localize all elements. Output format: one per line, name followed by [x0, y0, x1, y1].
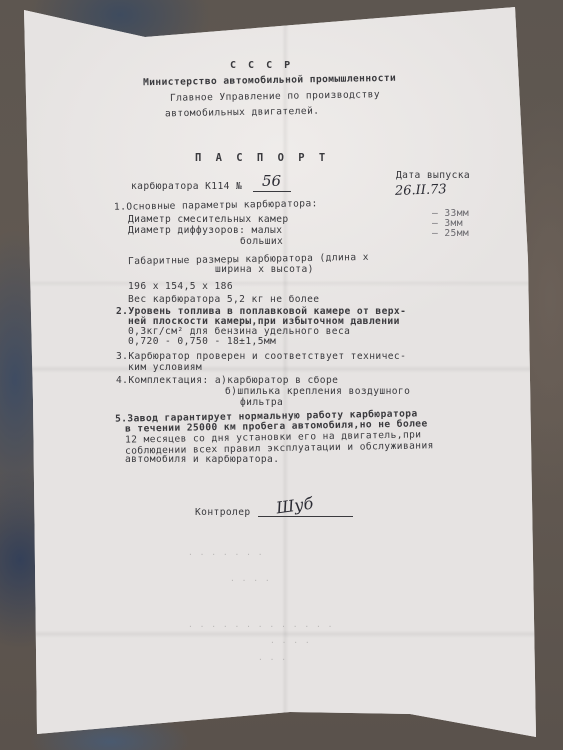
section1-row2-label: Диаметр диффузоров: малых: [128, 225, 282, 236]
show-through-text: · · · · · · ·: [188, 550, 264, 559]
carburetor-number: 56: [262, 172, 281, 190]
section5-line5: автомобиля и карбюратора.: [125, 454, 279, 465]
header-directorate-line2: автомобильных двигателей.: [165, 106, 320, 120]
section1-weight: Вес карбюратора 5,2 кг не более: [128, 294, 319, 305]
section1-dims-label-2: ширина х высота): [215, 264, 314, 275]
header-country: С С С Р: [230, 60, 293, 71]
release-date: 26.II.73: [395, 182, 447, 199]
header-ministry: Министерство автомобильной промышленност…: [143, 73, 396, 88]
number-underline: [253, 191, 291, 192]
section1-row3-label: больших: [240, 236, 283, 247]
carburetor-label: карбюратора К114 №: [131, 181, 242, 192]
section4-line3: фильтра: [240, 397, 283, 408]
section1-title: 1.Основные параметры карбюратора:: [114, 198, 318, 213]
show-through-text: · · · · · · · · · · · · ·: [188, 622, 333, 631]
show-through-text: · · · ·: [230, 576, 271, 585]
header-directorate-line1: Главное Управление по производству: [170, 89, 380, 104]
section1-dims-value: 196 х 154,5 х 186: [128, 281, 233, 292]
section4-line2: б)шпилька крепления воздушного: [225, 386, 410, 397]
release-date-label: Дата выпуска: [396, 170, 470, 181]
page-title: П А С П О Р Т: [195, 152, 329, 164]
section3-line2: ким условиям: [128, 362, 202, 373]
passport-document: С С С Р Министерство автомобильной промы…: [0, 0, 563, 750]
show-through-text: · · ·: [258, 655, 287, 664]
section3-line1: 3.Карбюратор проверен и соответствует те…: [116, 351, 406, 362]
signature-mark: Шуб: [275, 493, 315, 517]
section1-row3-value: — 25мм: [432, 228, 469, 239]
section2-line4: 0,720 - 0,750 - 18±1,5мм: [128, 336, 276, 347]
section4-line1: 4.Комплектация: а)карбюратор в сборе: [116, 375, 338, 386]
signature-label: Контролер: [195, 507, 251, 518]
section1-row1-label: Диаметр смесительных камер: [128, 214, 289, 225]
signature-line: [258, 516, 353, 517]
show-through-text: · · · ·: [270, 638, 311, 647]
